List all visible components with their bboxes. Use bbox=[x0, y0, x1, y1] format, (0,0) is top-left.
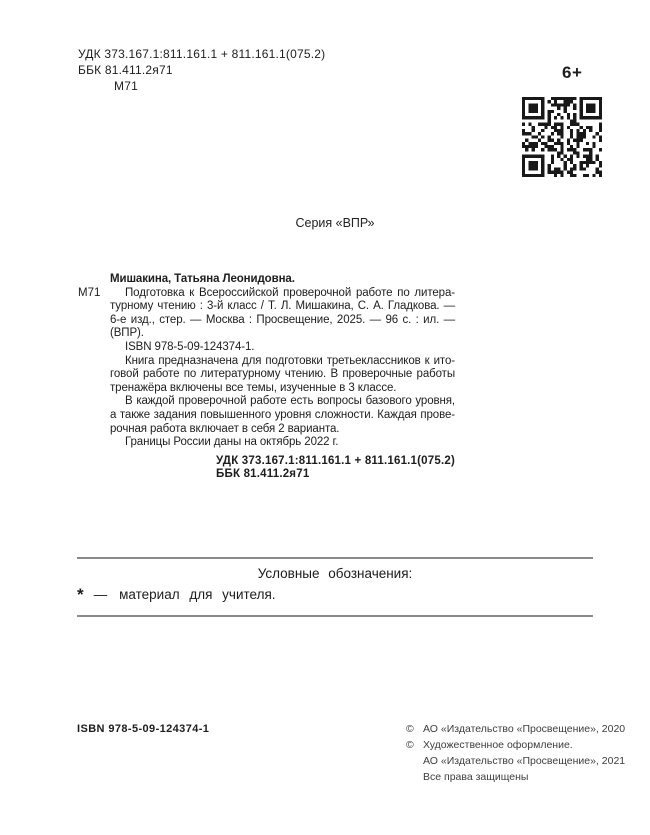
udk-code: УДК 373.167.1:811.161.1 + 811.161.1(075.… bbox=[78, 46, 325, 62]
classification-codes-bottom: УДК 373.167.1:811.161.1 + 811.161.1(075.… bbox=[216, 455, 455, 482]
copyright-text: Все права защищены bbox=[423, 769, 528, 785]
biblio-line: 6-е изд., стер. — Москва : Просвещение, … bbox=[110, 314, 455, 328]
biblio-line: говой работе по литературному чтению. В … bbox=[110, 368, 455, 382]
copyright-line: ©АО «Издательство «Просвещение», 2020 bbox=[406, 721, 625, 737]
isbn-footer: ISBN 978-5-09-124374-1 bbox=[77, 723, 209, 735]
divider-top bbox=[77, 557, 593, 559]
bbk-code-bottom: ББК 81.411.2я71 bbox=[216, 468, 455, 482]
biblio-line: тренажёра включены все темы, изученные в… bbox=[110, 382, 455, 396]
biblio-line: Подготовка к Всероссийской проверочной р… bbox=[110, 287, 455, 301]
legend-item: *—материал для учителя. bbox=[77, 585, 276, 605]
copyright-text: АО «Издательство «Просвещение», 2021 bbox=[423, 753, 625, 769]
bbk-code: ББК 81.411.2я71 bbox=[78, 62, 325, 78]
copyright-line: Все права защищены bbox=[406, 769, 625, 785]
legend-title: Условные обозначения: bbox=[77, 566, 593, 581]
copyright-line: АО «Издательство «Просвещение», 2021 bbox=[406, 753, 625, 769]
copyright-text: АО «Издательство «Просвещение», 2020 bbox=[423, 721, 625, 737]
biblio-line: Книга предназначена для подготовки треть… bbox=[110, 355, 455, 369]
legend-text: материал для учителя. bbox=[119, 587, 275, 602]
biblio-line: рочная работа включает в себя 2 варианта… bbox=[110, 423, 455, 437]
divider-bottom bbox=[77, 615, 593, 617]
biblio-line: (ВПР). bbox=[110, 327, 455, 341]
classification-codes: УДК 373.167.1:811.161.1 + 811.161.1(075.… bbox=[78, 46, 325, 94]
biblio-line: а также задания повышенного уровня сложн… bbox=[110, 409, 455, 423]
biblio-paragraphs: Подготовка к Всероссийской проверочной р… bbox=[110, 287, 455, 450]
udk-code-bottom: УДК 373.167.1:811.161.1 + 811.161.1(075.… bbox=[216, 455, 455, 469]
biblio-line: Границы России даны на октябрь 2022 г. bbox=[110, 436, 455, 450]
biblio-line: В каждой проверочной работе есть вопросы… bbox=[110, 395, 455, 409]
series-title: Серия «ВПР» bbox=[77, 216, 593, 230]
copyright-symbol: © bbox=[406, 721, 423, 737]
copyright-symbol: © bbox=[406, 737, 423, 753]
bibliographic-block: М71 Мишакина, Татьяна Леонидовна. Подгот… bbox=[110, 273, 455, 482]
legend-dash: — bbox=[94, 587, 108, 602]
copyright-line: ©Художественное оформление. bbox=[406, 737, 625, 753]
copyright-text: Художественное оформление. bbox=[423, 737, 573, 753]
asterisk-symbol: * bbox=[77, 585, 84, 604]
margin-author-sign: М71 bbox=[78, 287, 100, 301]
biblio-line: турному чтению : 3-й класс / Т. Л. Мишак… bbox=[110, 300, 455, 314]
age-rating-badge: 6+ bbox=[562, 63, 582, 83]
qr-code-icon bbox=[522, 97, 602, 177]
author-heading: Мишакина, Татьяна Леонидовна. bbox=[110, 273, 455, 287]
copyright-block: ©АО «Издательство «Просвещение», 2020©Ху… bbox=[406, 721, 625, 785]
biblio-line: ISBN 978-5-09-124374-1. bbox=[110, 341, 455, 355]
author-sign-code: М71 bbox=[78, 78, 325, 94]
